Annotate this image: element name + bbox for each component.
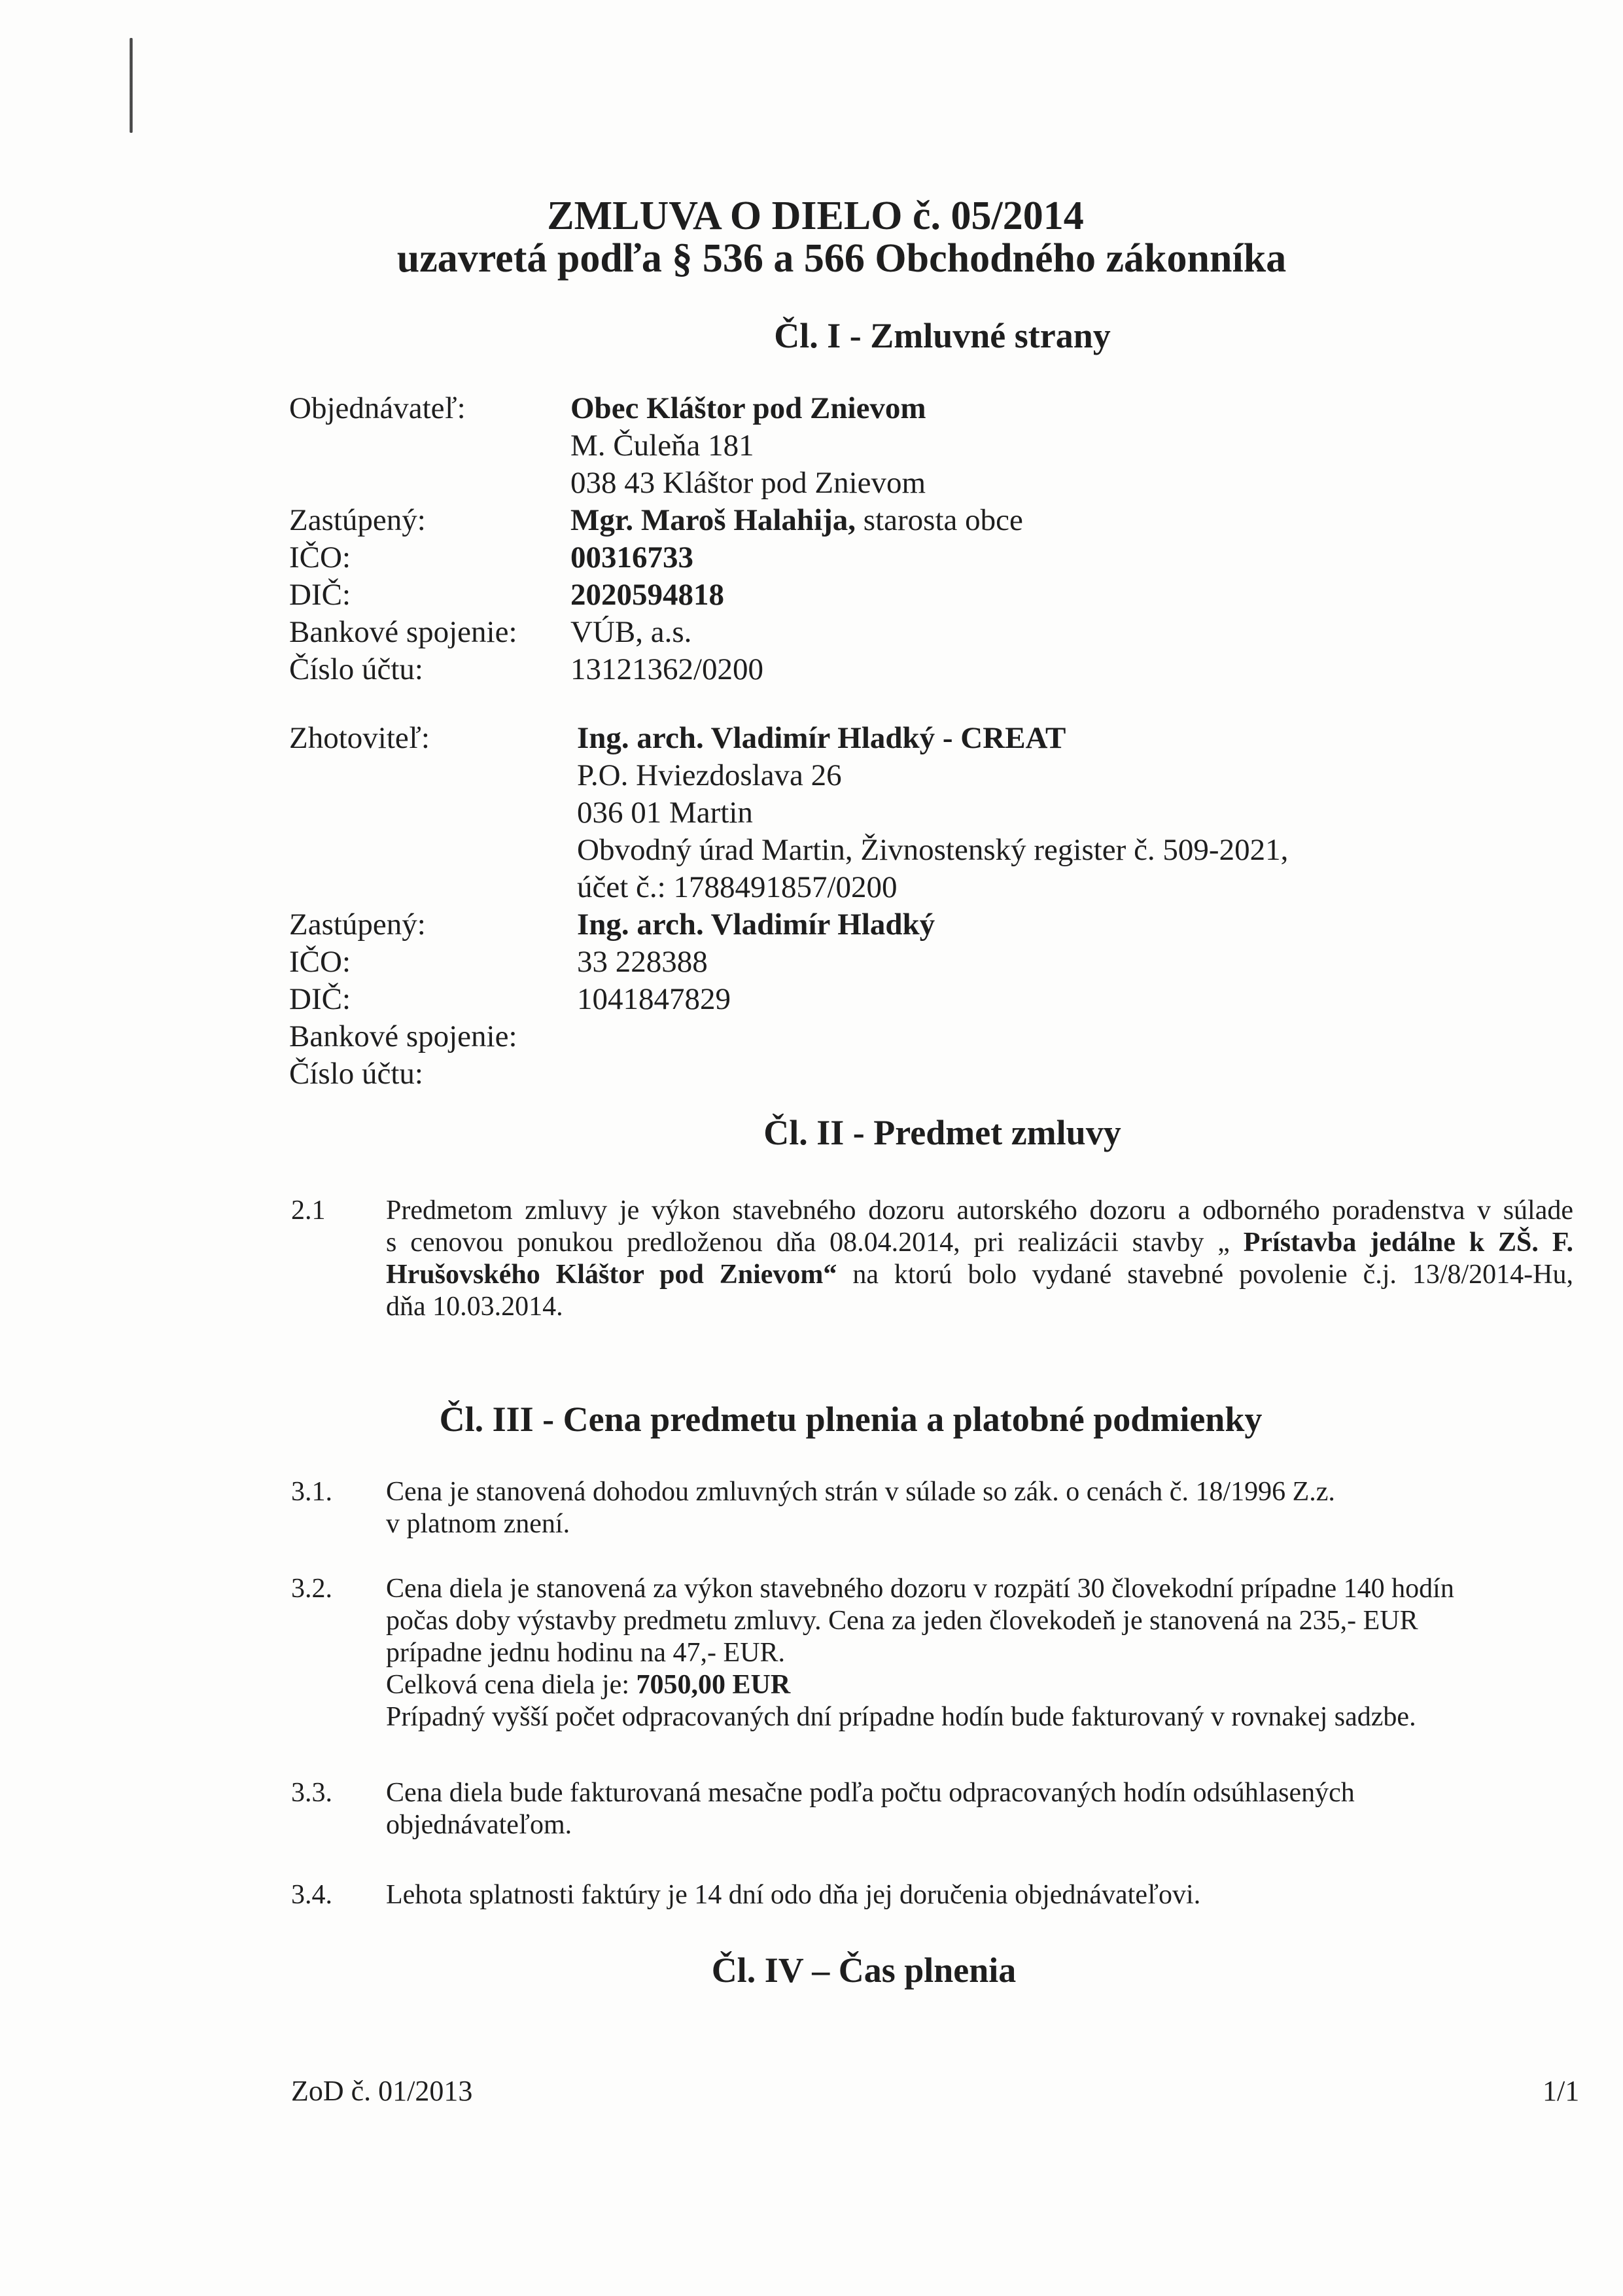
objednavatel-address-2: 038 43 Kláštor pod Znievom (570, 465, 1023, 502)
clause-3-2-text: Cena diela je stanovená za výkon stavebn… (386, 1573, 1454, 1733)
clause-line: Cena diela bude fakturovaná mesačne podľ… (386, 1777, 1355, 1809)
label-spacer (289, 832, 517, 869)
label-ico: IČO: (289, 539, 517, 576)
zhotovitel-account (577, 1055, 1288, 1093)
clause-3-1-text: Cena je stanovená dohodou zmluvných strá… (386, 1476, 1335, 1540)
clause-line: Predmetom zmluvy je výkon stavebného doz… (386, 1195, 1573, 1227)
label-bank: Bankové spojenie: (289, 614, 517, 651)
clause-3-3-number: 3.3. (291, 1777, 332, 1809)
clause-3-1-number: 3.1. (291, 1476, 332, 1508)
document-subtitle: uzavretá podľa § 536 a 566 Obchodného zá… (0, 236, 1623, 282)
section-1-heading: Čl. I - Zmluvné strany (0, 315, 1623, 356)
footer-document-reference: ZoD č. 01/2013 (291, 2074, 472, 2108)
section-2-heading: Čl. II - Predmet zmluvy (0, 1112, 1623, 1153)
clause-line: Cena je stanovená dohodou zmluvných strá… (386, 1476, 1335, 1508)
document-title: ZMLUVA O DIELO č. 05/2014 (0, 193, 1623, 239)
clause-line: Cena diela je stanovená za výkon stavebn… (386, 1573, 1454, 1605)
zhotovitel-dic: 1041847829 (577, 981, 1288, 1018)
footer-page-number: 1/1 (1543, 2074, 1579, 2108)
project-name-part-1: Prístavba jedálne k ZŠ. F. (1244, 1227, 1573, 1258)
clause-text-part: na ktorú bolo vydané stavebné povolenie … (837, 1260, 1573, 1290)
representative-role: starosta obce (856, 503, 1023, 537)
clause-text-part: s cenovou ponukou predloženou dňa 08.04.… (386, 1227, 1244, 1258)
clause-2-1-number: 2.1 (291, 1195, 326, 1227)
objednavatel-ico: 00316733 (570, 539, 1023, 576)
objednavatel-values: Obec Kláštor pod Znievom M. Čuleňa 181 0… (570, 390, 1023, 688)
clause-line: počas doby výstavby predmetu zmluvy. Cen… (386, 1605, 1454, 1637)
zhotovitel-values: Ing. arch. Vladimír Hladký - CREAT P.O. … (577, 720, 1288, 1093)
zhotovitel-address-1: P.O. Hviezdoslava 26 (577, 757, 1288, 794)
zhotovitel-name: Ing. arch. Vladimír Hladký - CREAT (577, 720, 1288, 757)
clause-line: v platnom znení. (386, 1508, 1335, 1540)
label-zastupeny: Zastúpený: (289, 906, 517, 944)
section-4-heading: Čl. IV – Čas plnenia (0, 1950, 1623, 1990)
zhotovitel-labels: Zhotoviteľ: Zastúpený: IČO: DIČ: Bankové… (289, 720, 517, 1093)
zhotovitel-bank (577, 1018, 1288, 1055)
objednavatel-dic: 2020594818 (570, 576, 1023, 614)
clause-line: Prípadný vyšší počet odpracovaných dní p… (386, 1701, 1454, 1733)
label-spacer (289, 794, 517, 832)
zhotovitel-register: Obvodný úrad Martin, Živnostenský regist… (577, 832, 1288, 869)
label-account: Číslo účtu: (289, 651, 517, 688)
representative-name: Mgr. Maroš Halahija, (570, 503, 856, 537)
clause-line: objednávateľom. (386, 1809, 1355, 1841)
objednavatel-representative: Mgr. Maroš Halahija, starosta obce (570, 502, 1023, 539)
total-price-label: Celková cena diela je: (386, 1670, 637, 1700)
clause-line: s cenovou ponukou predloženou dňa 08.04.… (386, 1227, 1573, 1259)
label-spacer (289, 427, 517, 465)
objednavatel-account: 13121362/0200 (570, 651, 1023, 688)
label-objednavatel: Objednávateľ: (289, 390, 517, 427)
clause-line: prípadne jednu hodinu na 47,- EUR. (386, 1637, 1454, 1669)
total-price-line: Celková cena diela je: 7050,00 EUR (386, 1669, 1454, 1701)
clause-3-4-text: Lehota splatnosti faktúry je 14 dní odo … (386, 1879, 1200, 1911)
section-3-heading: Čl. III - Cena predmetu plnenia a platob… (0, 1399, 1623, 1439)
label-zastupeny: Zastúpený: (289, 502, 517, 539)
objednavatel-bank: VÚB, a.s. (570, 614, 1023, 651)
total-price-value: 7050,00 EUR (637, 1670, 791, 1700)
contract-page: ZMLUVA O DIELO č. 05/2014 uzavretá podľa… (0, 0, 1623, 2296)
clause-line: Hrušovského Kláštor pod Znievom“ na ktor… (386, 1259, 1573, 1291)
label-dic: DIČ: (289, 981, 517, 1018)
clause-3-4-number: 3.4. (291, 1879, 332, 1911)
clause-3-2-number: 3.2. (291, 1573, 332, 1605)
label-dic: DIČ: (289, 576, 517, 614)
zhotovitel-address-2: 036 01 Martin (577, 794, 1288, 832)
zhotovitel-representative: Ing. arch. Vladimír Hladký (577, 906, 1288, 944)
objednavatel-address-1: M. Čuleňa 181 (570, 427, 1023, 465)
objednavatel-name: Obec Kláštor pod Znievom (570, 390, 1023, 427)
objednavatel-labels: Objednávateľ: Zastúpený: IČO: DIČ: Banko… (289, 390, 517, 688)
label-spacer (289, 465, 517, 502)
clause-2-1-text: Predmetom zmluvy je výkon stavebného doz… (386, 1195, 1573, 1323)
label-spacer (289, 869, 517, 906)
clause-line: dňa 10.03.2014. (386, 1291, 1573, 1323)
clause-line: Lehota splatnosti faktúry je 14 dní odo … (386, 1879, 1200, 1911)
label-bank: Bankové spojenie: (289, 1018, 517, 1055)
label-spacer (289, 757, 517, 794)
label-ico: IČO: (289, 944, 517, 981)
project-name-part-2: Hrušovského Kláštor pod Znievom“ (386, 1260, 837, 1290)
zhotovitel-ico: 33 228388 (577, 944, 1288, 981)
label-zhotovitel: Zhotoviteľ: (289, 720, 517, 757)
staple-mark (130, 38, 133, 133)
zhotovitel-account-note: účet č.: 1788491857/0200 (577, 869, 1288, 906)
label-account: Číslo účtu: (289, 1055, 517, 1093)
clause-3-3-text: Cena diela bude fakturovaná mesačne podľ… (386, 1777, 1355, 1841)
